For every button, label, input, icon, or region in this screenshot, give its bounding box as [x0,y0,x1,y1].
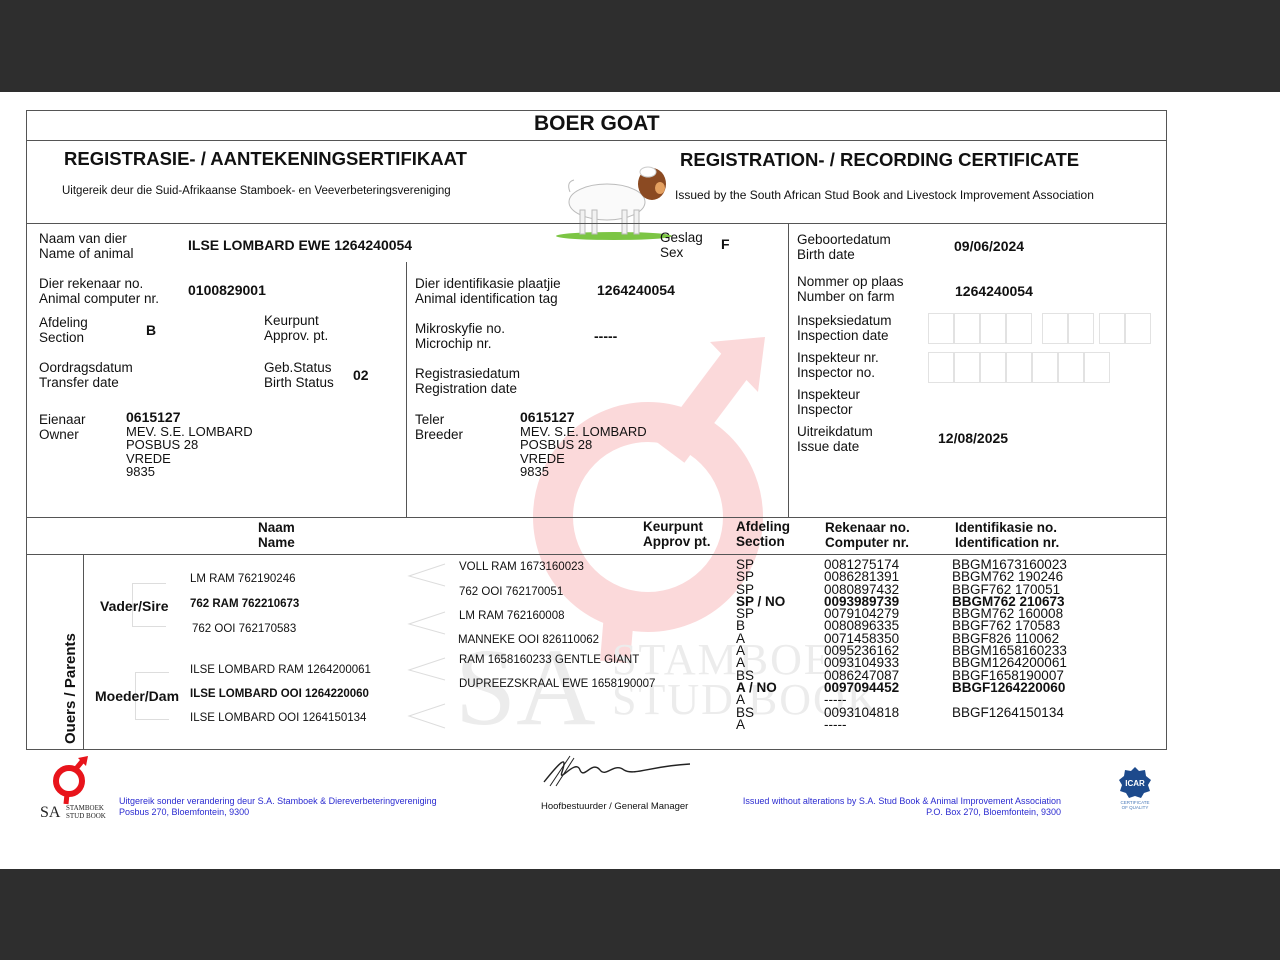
section-column: SPSPSPSP / NOSPBAAABSA / NOABSA [736,559,785,731]
inspection-date-boxes[interactable] [928,313,1151,344]
breed-title: BOER GOAT [534,112,660,136]
footer-issued-af: Uitgereik sonder verandering deur S.A. S… [119,796,437,818]
title-en: REGISTRATION- / RECORDING CERTIFICATE [680,149,1079,171]
birth-date-value: 09/06/2024 [954,238,1024,254]
animal-name: ILSE LOMBARD EWE 1264240054 [188,237,412,253]
sire-dam: 762 OOI 762170583 [192,623,296,635]
record-ident [952,719,1067,731]
inspection-date-label: InspeksiedatumInspection date [797,313,892,343]
birth-date-label: GeboortedatumBirth date [797,232,891,262]
signature-icon [540,752,700,792]
icar-caption: CERTIFICATE OF QUALITY [1117,800,1153,810]
microchip-value: ----- [594,328,617,344]
issue-date-value: 12/08/2025 [938,430,1008,446]
computer-nr-value: 0100829001 [188,282,266,298]
owner-address: 0615127 MEV. S.E. LOMBARD POSBUS 28 VRED… [126,411,253,479]
divider [26,140,1167,141]
pedigree-fan-lines [405,562,455,742]
footer-issued-en: Issued without alterations by S.A. Stud … [738,796,1061,818]
dam-sire: ILSE LOMBARD RAM 1264200061 [190,664,371,676]
name-label: Naam van dierName of animal [39,231,134,261]
header-ident: Identifikasie no.Identification nr. [955,520,1059,550]
header-computer: Rekenaar no.Computer nr. [825,520,910,550]
transfer-date-label: OordragsdatumTransfer date [39,360,133,390]
divider [788,223,789,517]
record-section: A [736,719,785,731]
dam: ILSE LOMBARD OOI 1264220060 [190,688,369,700]
tag-label: Dier identifikasie plaatjieAnimal identi… [415,276,561,306]
sex-value: F [721,236,730,252]
farm-nr-value: 1264240054 [955,283,1033,299]
inspector-no-boxes[interactable] [928,352,1110,383]
inspector-label: InspekteurInspector [797,387,860,417]
farm-nr-label: Nommer op plaasNumber on farm [797,274,904,304]
owner-label: EienaarOwner [39,412,86,442]
grandparent-5: RAM 1658160233 GENTLE GIANT [459,654,639,666]
birth-status-label: Geb.StatusBirth Status [264,360,334,390]
birth-status-value: 02 [353,367,369,383]
issuer-af: Uitgereik deur die Suid-Afrikaanse Stamb… [62,185,451,197]
divider [83,554,84,750]
record-ident: BBGF1264220060 [952,682,1067,694]
divider [26,517,1167,518]
section-label: AfdelingSection [39,315,88,345]
grandparent-1: VOLL RAM 1673160023 [459,561,584,573]
parents-side-label: Ouers / Parents [62,633,79,744]
issuer-en: Issued by the South African Stud Book an… [675,188,1094,202]
breeder-label: TelerBreeder [415,412,463,442]
logo-sa: SA [40,804,60,822]
header-section: AfdelingSection [736,519,790,549]
approv-pt-label: KeurpuntApprov. pt. [264,313,328,343]
reg-date-label: RegistrasiedatumRegistration date [415,366,520,396]
divider [26,554,1167,555]
dam-label: Moeder/Dam [95,689,179,704]
logo-text: STAMBOEKSTUD BOOK [66,805,106,820]
divider [406,262,407,517]
header-name: NaamName [258,520,295,550]
boer-goat-icon [552,158,672,240]
sire-label: Vader/Sire [100,599,169,614]
svg-text:ICAR: ICAR [1125,779,1145,788]
grandparent-4: MANNEKE OOI 826110062 [458,634,599,646]
grandparent-2: 762 OOI 762170051 [459,586,563,598]
record-computer: ----- [824,719,899,731]
record-ident: BBGF1264150134 [952,707,1067,719]
computer-column: 0081275174008628139100808974320093989739… [824,559,899,731]
dam-dam: ILSE LOMBARD OOI 1264150134 [190,712,366,724]
sire: 762 RAM 762210673 [190,598,299,610]
grandparent-3: LM RAM 762160008 [459,610,564,622]
signatory-title: Hoofbestuurder / General Manager [541,801,688,812]
inspector-no-label: Inspekteur nr.Inspector no. [797,350,879,380]
icar-badge-icon: ICAR [1119,767,1151,799]
tag-value: 1264240054 [597,282,675,298]
ident-column: BBGM1673160023BBGM762 190246BBGF762 1700… [952,559,1067,731]
breeder-address: 0615127 MEV. S.E. LOMBARD POSBUS 28 VRED… [520,411,647,479]
certificate-page: SA STAMBOEK STUD BOOK BOER GOAT REGISTRA… [0,92,1280,869]
header-approv: KeurpuntApprov pt. [643,519,711,549]
microchip-label: Mikroskyfie no.Microchip nr. [415,321,505,351]
sex-label: GeslagSex [660,230,703,260]
sa-studbook-logo-icon [48,756,92,806]
title-af: REGISTRASIE- / AANTEKENINGSERTIFIKAAT [64,148,467,170]
sire-sire: LM RAM 762190246 [190,573,295,585]
computer-nr-label: Dier rekenaar no.Animal computer nr. [39,276,159,306]
grandparent-6: DUPREEZSKRAAL EWE 1658190007 [459,678,655,690]
issue-date-label: UitreikdatumIssue date [797,424,873,454]
divider [26,223,1167,224]
section-value: B [146,322,156,338]
